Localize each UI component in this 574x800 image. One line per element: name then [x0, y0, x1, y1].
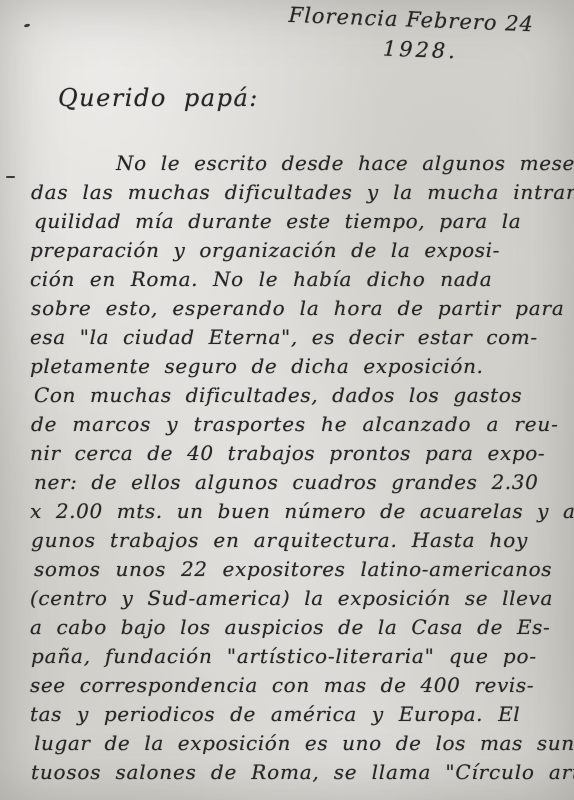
letter-line: Con muchas dificultades, dados los gasto…	[30, 381, 560, 410]
letter-line: No le escrito desde hace algunos meses, …	[30, 149, 560, 178]
date-place-line: Florencia Febrero 24	[288, 3, 555, 37]
letter-body: No le escrito desde hace algunos meses, …	[30, 149, 560, 787]
letter-line: paña, fundación "artístico-literaria" qu…	[30, 642, 560, 671]
letter-line: das las muchas dificultades y la mucha i…	[30, 178, 560, 207]
letter-line: de marcos y trasportes he alcanzado a re…	[30, 410, 560, 439]
letter-line: pletamente seguro de dicha exposición.	[30, 352, 560, 381]
letter-line: x 2.00 mts. un buen número de acuarelas …	[30, 497, 560, 526]
date-year: 1928.	[287, 33, 554, 67]
letter-line: preparación y organización de la exposi-	[30, 236, 560, 265]
letter-line: ción en Roma. No le había dicho nada	[30, 265, 560, 294]
letter-line: lugar de la exposición es uno de los mas…	[30, 729, 560, 758]
letter-line: tuosos salones de Roma, se llama "Círcul…	[30, 758, 560, 787]
letter-line: see correspondencia con mas de 400 revis…	[30, 671, 560, 700]
salutation: Querido papá:	[58, 84, 259, 112]
letter-line: esa "la ciudad Eterna", es decir estar c…	[30, 323, 560, 352]
ink-speck	[24, 23, 31, 27]
letter-line: somos unos 22 expositores latino-america…	[30, 555, 560, 584]
letter-line: ner: de ellos algunos cuadros grandes 2.…	[30, 468, 560, 497]
letter-dateline: Florencia Febrero 24 1928.	[287, 3, 555, 67]
ink-speck	[6, 176, 15, 178]
letter-line: sobre esto, esperando la hora de partir …	[30, 294, 560, 323]
letter-line: tas y periodicos de américa y Europa. El	[30, 700, 560, 729]
letter-photo: Florencia Febrero 24 1928. Querido papá:…	[0, 0, 574, 800]
letter-line: nir cerca de 40 trabajos prontos para ex…	[30, 439, 560, 468]
letter-line: quilidad mía durante este tiempo, para l…	[30, 207, 560, 236]
letter-line: a cabo bajo los auspicios de la Casa de …	[30, 613, 560, 642]
letter-line: gunos trabajos en arquitectura. Hasta ho…	[30, 526, 560, 555]
letter-line: (centro y Sud-america) la exposición se …	[30, 584, 560, 613]
